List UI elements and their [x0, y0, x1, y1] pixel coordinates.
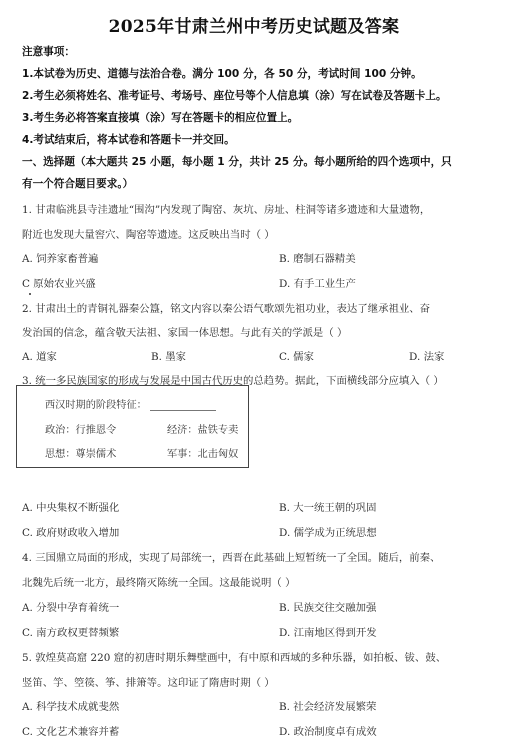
question-1-option-d[interactable]: D. 有手工业生产	[279, 275, 356, 290]
question-2-option-c[interactable]: C. 儒家	[279, 348, 314, 363]
question-4-option-b[interactable]: B. 民族交往交融加强	[279, 599, 376, 614]
notice-item-4: 4.考试结束后，将本试卷和答题卡一并交回。	[22, 132, 235, 147]
question-1-line2: 附近也发现大量窖穴、陶窑等遗迹。这反映出当时（ ）	[22, 226, 275, 241]
question-4-line2: 北魏先后统一北方，最终隋灭陈统一全国。这最能说明（ ）	[22, 574, 295, 589]
info-box-heading: 西汉时期的阶段特征：	[45, 400, 147, 411]
question-3-option-b[interactable]: B. 大一统王朝的巩固	[279, 499, 376, 514]
question-4-option-c[interactable]: C. 南方政权更替频繁	[22, 624, 119, 639]
question-5-line1: 5. 敦煌莫高窟 220 窟的初唐时期乐舞壁画中，有中原和西域的多种乐器，如拍板…	[22, 649, 446, 664]
question-4-line1: 4. 三国鼎立局面的形成，实现了局部统一，西晋在此基础上短暂统一了全国。随后，前…	[22, 549, 440, 564]
question-2-line2: 发治国的信念，蕴含敬天法祖、家国一体思想。与此有关的学派是（ ）	[22, 324, 347, 339]
stray-dot	[29, 293, 31, 295]
question-5-option-c[interactable]: C. 文化艺术兼容并蓄	[22, 723, 119, 738]
question-3-option-c[interactable]: C. 政府财政收入增加	[22, 524, 119, 539]
question-1-option-c[interactable]: C 原始农业兴盛	[22, 275, 96, 290]
question-5-line2: 竖笛、竽、箜篌、筝、排箫等。这印证了隋唐时期（ ）	[22, 674, 275, 689]
notice-item-2: 2.考生必须将姓名、准考证号、考场号、座位号等个人信息填（涂）写在试卷及答题卡上…	[22, 88, 447, 103]
question-3-option-d[interactable]: D. 儒学成为正统思想	[279, 524, 377, 539]
page-title: 2025年甘肃兰州中考历史试题及答案	[0, 12, 508, 37]
section-heading-line2: 有一个符合题目要求。）	[22, 176, 133, 191]
info-box-economy: 经济：盐铁专卖	[167, 421, 238, 436]
question-5-option-b[interactable]: B. 社会经济发展繁荣	[279, 698, 376, 713]
info-box-military: 军事：北击匈奴	[167, 445, 238, 460]
question-3-option-a[interactable]: A. 中央集权不断强化	[22, 499, 119, 514]
question-2-option-a[interactable]: A. 道家	[22, 348, 57, 363]
notice-item-1: 1.本试卷为历史、道德与法治合卷。满分 100 分，各 50 分，考试时间 10…	[22, 66, 422, 81]
question-2-line1: 2. 甘肃出土的青铜礼器秦公簋，铭文内容以秦公语气歌颂先祖功业，表达了继承祖业、…	[22, 300, 430, 315]
question-2-option-b[interactable]: B. 墨家	[151, 348, 186, 363]
info-box-politics: 政治：行推恩令	[45, 421, 116, 436]
question-4-option-a[interactable]: A. 分裂中孕育着统一	[22, 599, 119, 614]
question-1-option-b[interactable]: B. 磨制石器精美	[279, 250, 356, 265]
question-5-option-a[interactable]: A. 科学技术成就斐然	[22, 698, 119, 713]
question-1-line1: 1. 甘肃临洮县寺洼遗址“围沟”内发现了陶窑、灰坑、房址、柱洞等诸多遗迹和大量遗…	[22, 201, 430, 216]
section-heading-line1: 一、选择题（本大题共 25 小题，每小题 1 分，共计 25 分。每小题所给的四…	[22, 154, 452, 169]
question-4-option-d[interactable]: D. 江南地区得到开发	[279, 624, 377, 639]
notice-item-3: 3.考生务必将答案直接填（涂）写在答题卡的相应位置上。	[22, 110, 298, 125]
question-1-option-a[interactable]: A. 饲养家畜普遍	[22, 250, 98, 265]
question-3-info-box: 西汉时期的阶段特征： 政治：行推恩令 经济：盐铁专卖 思想：尊崇儒术 军事：北击…	[16, 385, 249, 468]
fill-in-blank	[150, 400, 216, 411]
question-2-option-d[interactable]: D. 法家	[409, 348, 444, 363]
question-5-option-d[interactable]: D. 政治制度卓有成效	[279, 723, 377, 738]
info-box-thought: 思想：尊崇儒术	[45, 445, 116, 460]
notice-heading: 注意事项：	[22, 44, 75, 59]
info-box-heading-row: 西汉时期的阶段特征：	[45, 396, 216, 411]
